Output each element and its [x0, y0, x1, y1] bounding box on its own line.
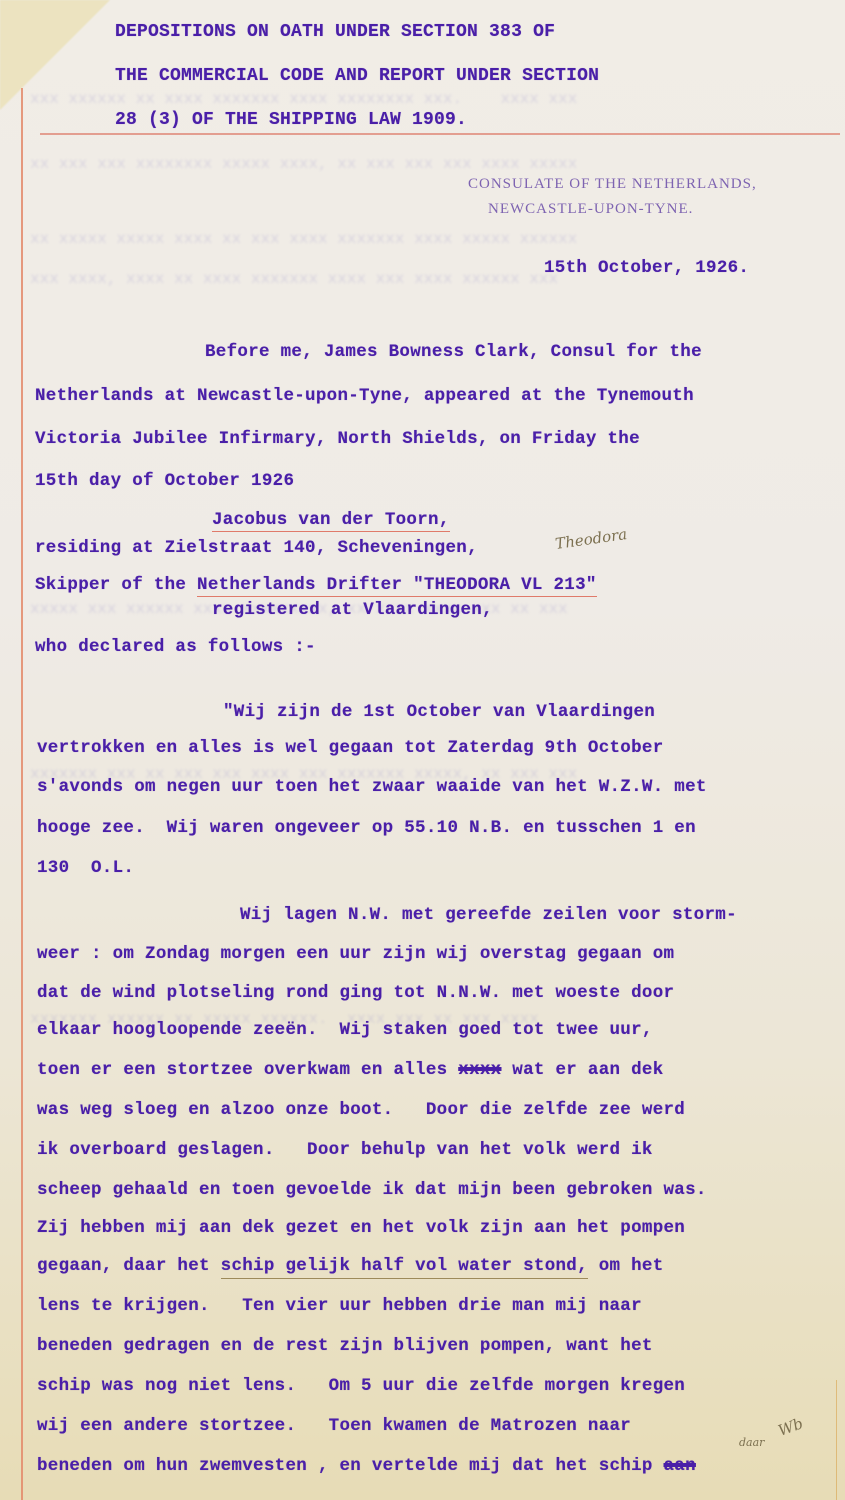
- statement-line: weer : om Zondag morgen een uur zijn wij…: [37, 944, 674, 964]
- intro-line-1: Before me, James Bowness Clark, Consul f…: [205, 342, 702, 362]
- statement-line: ik overboard geslagen. Door behulp van h…: [37, 1140, 653, 1160]
- header-rule: [40, 133, 840, 135]
- statement-line: schip was nog niet lens. Om 5 uur die ze…: [37, 1376, 685, 1396]
- handwritten-initials: Wb: [776, 1414, 806, 1439]
- declared-line: who declared as follows :-: [35, 637, 316, 657]
- statement-line: Wij lagen N.W. met gereefde zeilen voor …: [240, 905, 737, 925]
- deponent-name: Jacobus van der Toorn,: [212, 510, 450, 530]
- statement-line: gegaan, daar het schip gelijk half vol w…: [37, 1256, 664, 1276]
- document-page: xxx xxxxxx xx xxxx xxxxxxx xxxx xxxxxxxx…: [0, 0, 845, 1500]
- intro-line-2: Netherlands at Newcastle-upon-Tyne, appe…: [35, 386, 694, 406]
- statement-line: toen er een stortzee overkwam en alles x…: [37, 1060, 664, 1080]
- deponent-residence: residing at Zielstraat 140, Scheveningen…: [35, 538, 478, 558]
- statement-line: beneden om hun zwemvesten , en vertelde …: [37, 1456, 696, 1476]
- statement-line: wij een andere stortzee. Toen kwamen de …: [37, 1416, 631, 1436]
- margin-rule: [21, 88, 23, 1500]
- statement-line: was weg sloeg en alzoo onze boot. Door d…: [37, 1100, 685, 1120]
- handwritten-vessel-note: Theodora: [554, 525, 628, 553]
- statement-line: Zij hebben mij aan dek gezet en het volk…: [37, 1218, 685, 1238]
- bleed-through-text: xxx xxxxxx xx xxxx xxxxxxx xxxx xxxxxxxx…: [30, 90, 577, 108]
- deponent-role: Skipper of the Netherlands Drifter "THEO…: [35, 575, 597, 595]
- document-date: 15th October, 1926.: [544, 258, 749, 278]
- bleed-through-text: xx xxxxx xxxxx xxxx xx xxx xxxx xxxxxxx …: [30, 230, 577, 248]
- statement-text: gegaan, daar het: [37, 1256, 221, 1276]
- statement-text: toen er een stortzee overkwam en alles: [37, 1060, 458, 1080]
- statement-line: hooge zee. Wij waren ongeveer op 55.10 N…: [37, 818, 696, 838]
- deponent-name-underlined: Jacobus van der Toorn,: [212, 510, 450, 532]
- statement-text: beneden om hun zwemvesten , en vertelde …: [37, 1456, 664, 1476]
- statement-line: 130 O.L.: [37, 858, 134, 878]
- right-edge-rule: [836, 1380, 838, 1500]
- statement-line: lens te krijgen. Ten vier uur hebben dri…: [37, 1296, 642, 1316]
- statement-line: beneden gedragen en de rest zijn blijven…: [37, 1336, 653, 1356]
- statement-line: dat de wind plotseling rond ging tot N.N…: [37, 983, 674, 1003]
- statement-text: wat er aan dek: [502, 1060, 664, 1080]
- statement-text: om het: [588, 1256, 664, 1276]
- bleed-through-text: xxx xxxx, xxxx xx xxxx xxxxxxx xxxx xxx …: [30, 270, 558, 288]
- heading-line-1: DEPOSITIONS ON OATH UNDER SECTION 383 OF: [115, 22, 555, 42]
- heading-line-2: THE COMMERCIAL CODE AND REPORT UNDER SEC…: [115, 66, 599, 86]
- statement-line: vertrokken en alles is wel gegaan tot Za…: [37, 738, 664, 758]
- consulate-stamp-line-2: NEWCASTLE-UPON-TYNE.: [488, 201, 693, 218]
- heading-line-3: 28 (3) OF THE SHIPPING LAW 1909.: [115, 110, 467, 130]
- vessel-name: Netherlands Drifter "THEODORA VL 213": [197, 575, 597, 597]
- consulate-stamp-line-1: CONSULATE OF THE NETHERLANDS,: [468, 176, 757, 193]
- struck-out-text: xxxx: [458, 1060, 501, 1080]
- bleed-through-text: xx xxx xxx xxxxxxxx xxxxx xxxx, xx xxx x…: [30, 155, 577, 173]
- vessel-registry: registered at Vlaardingen,: [212, 600, 493, 620]
- statement-line: elkaar hoogloopende zeeën. Wij staken go…: [37, 1020, 653, 1040]
- struck-out-text: aan: [664, 1456, 696, 1476]
- statement-line: s'avonds om negen uur toen het zwaar waa…: [37, 777, 707, 797]
- statement-line: scheep gehaald en toen gevoelde ik dat m…: [37, 1180, 707, 1200]
- statement-line: "Wij zijn de 1st October van Vlaardingen: [223, 702, 655, 722]
- intro-line-4: 15th day of October 1926: [35, 471, 294, 491]
- pencil-underlined-text: schip gelijk half vol water stond,: [221, 1256, 588, 1279]
- handwritten-correction: daar: [739, 1436, 764, 1449]
- role-prefix: Skipper of the: [35, 575, 197, 595]
- intro-line-3: Victoria Jubilee Infirmary, North Shield…: [35, 429, 640, 449]
